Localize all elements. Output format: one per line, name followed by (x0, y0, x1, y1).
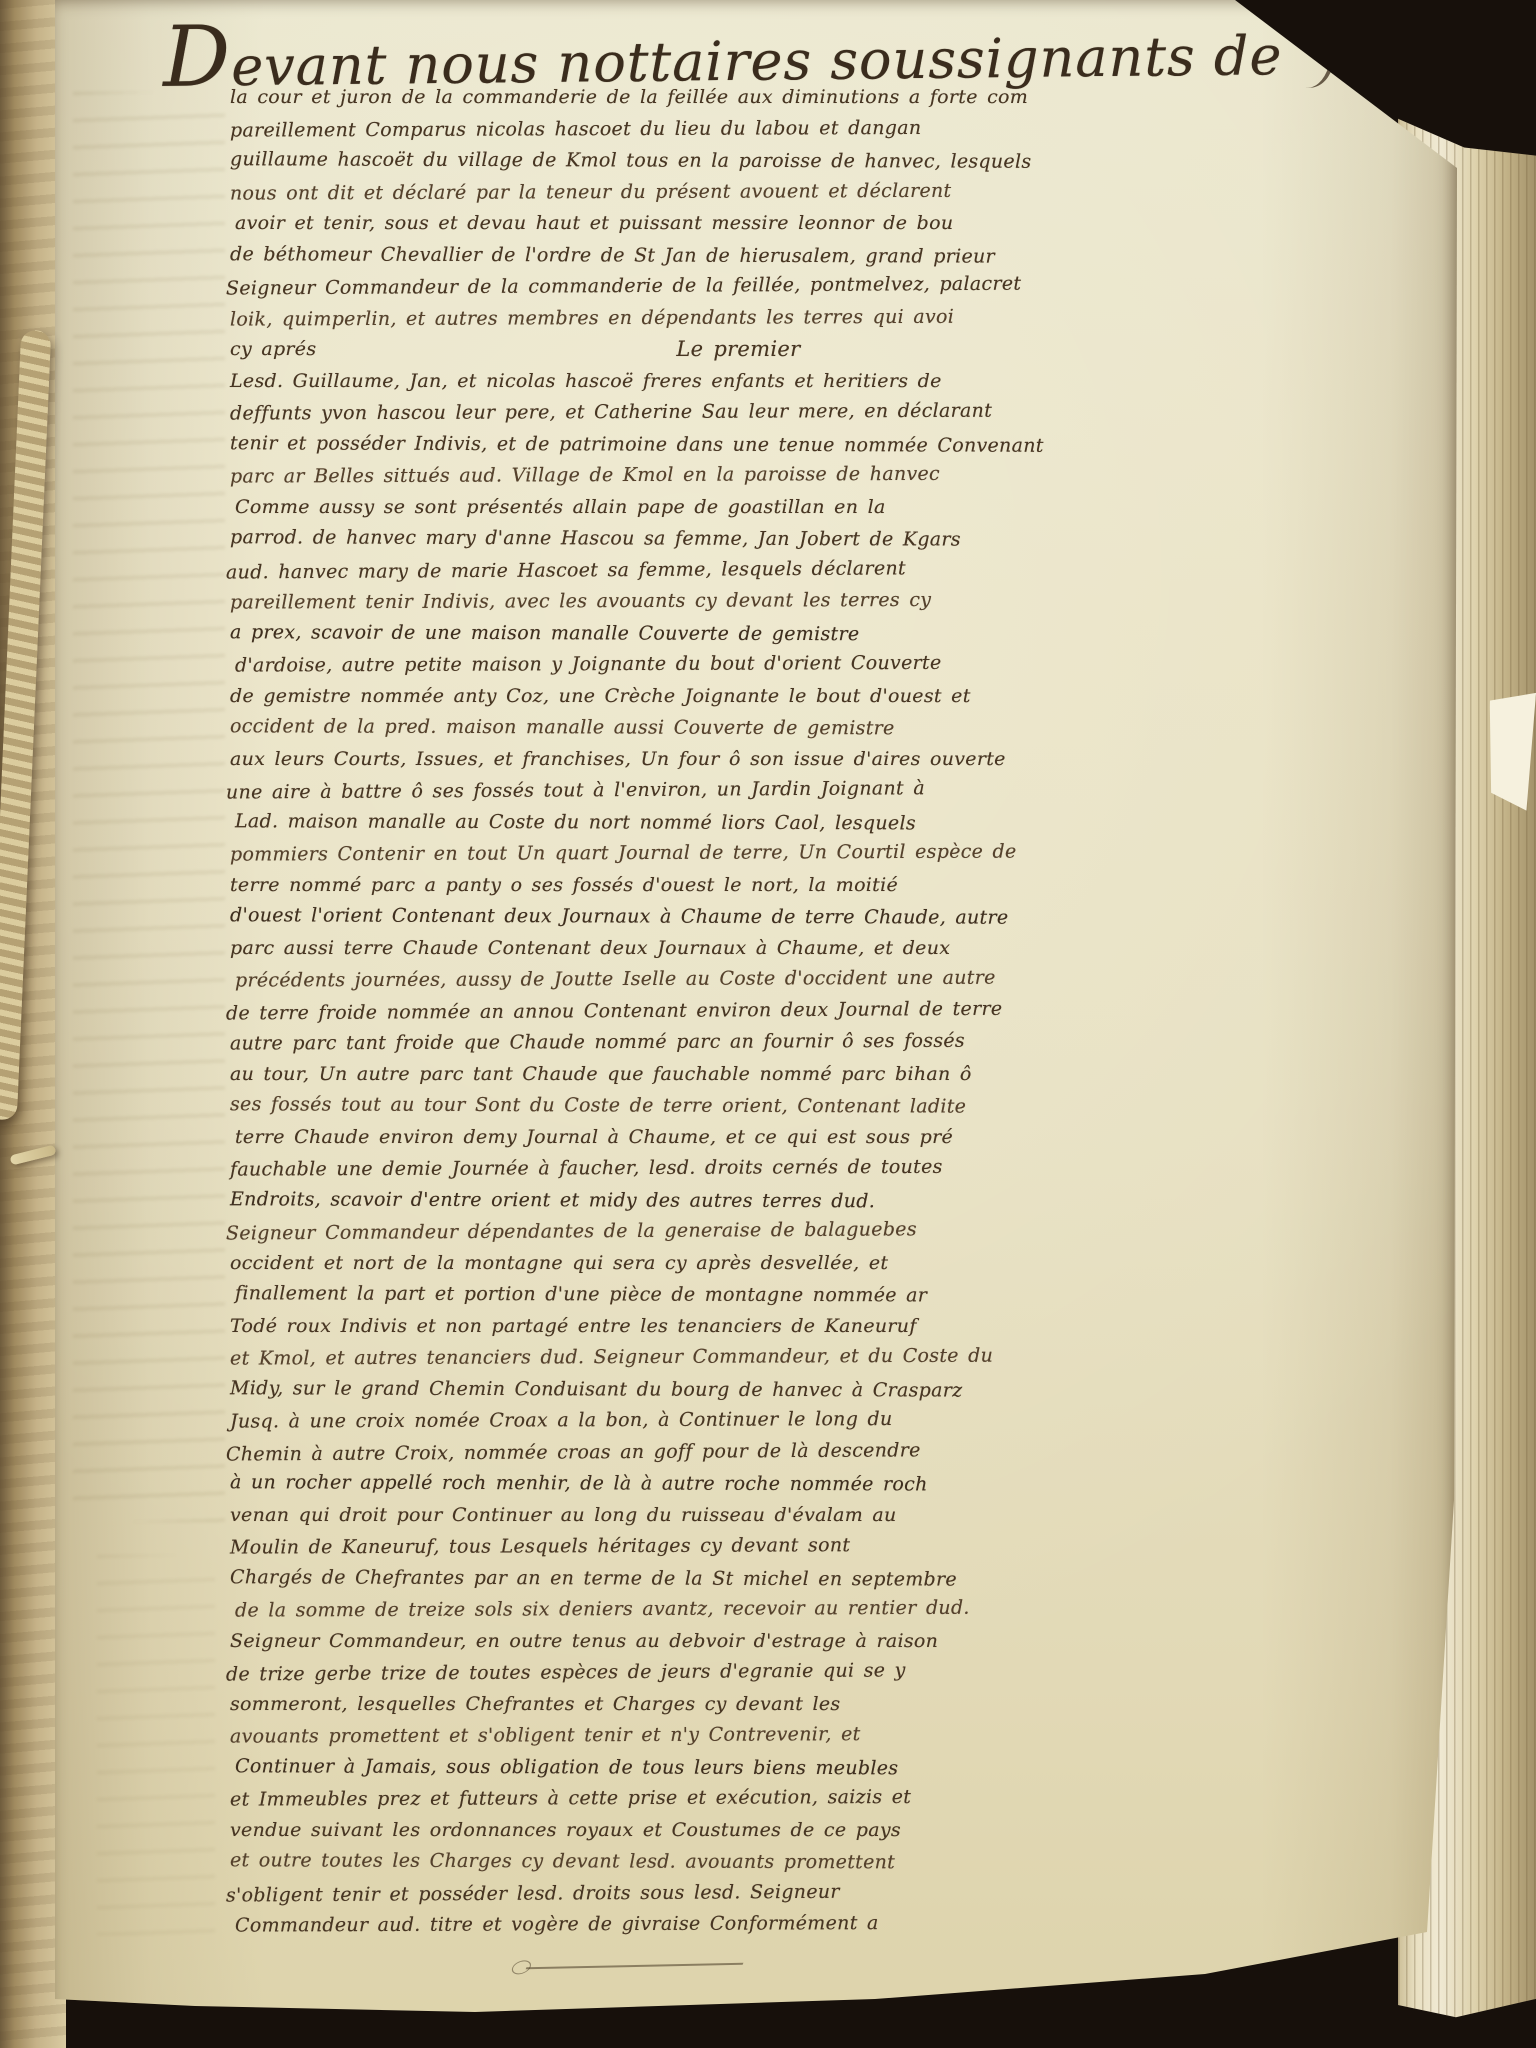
manuscript-line: occident et nort de la montagne qui sera… (230, 1248, 1040, 1280)
paraph-flourish (526, 1948, 750, 1968)
manuscript-line: parc ar Belles sittués aud. Village de K… (230, 458, 1040, 493)
manuscript-line: de terre froide nommée an annou Contenan… (226, 993, 1040, 1029)
manuscript-line: s'obligent tenir et posséder lesd. droit… (226, 1875, 1040, 1911)
paragraph-preamble: la cour et juron de la commanderie de la… (230, 82, 1040, 334)
manuscript-line: de la somme de treize sols six deniers a… (235, 1592, 1040, 1627)
manuscript-line: ses fossés tout au tour Sont du Coste de… (230, 1089, 1040, 1123)
manuscript-line: Continuer à Jamais, sous obligation de t… (235, 1751, 1040, 1785)
text-block: la cour et juron de la commanderie de la… (230, 82, 1040, 1967)
manuscript-line: avoir et tenir, sous et devau haut et pu… (235, 208, 1040, 240)
manuscript-line: Jusq. à une croix nomée Croax a la bon, … (230, 1403, 1040, 1438)
manuscript-line: guillaume hascoët du village de Kmol tou… (230, 144, 1040, 178)
manuscript-line: vendue suivant les ordonnances royaux et… (230, 1815, 1040, 1847)
manuscript-line: Commandeur aud. titre et vogère de givra… (235, 1907, 1040, 1942)
manuscript-line: sommeront, lesquelles Chefrantes et Char… (230, 1689, 1040, 1721)
manuscript-line: Chemin à autre Croix, nommée croas an go… (226, 1434, 1040, 1470)
manuscript-line: pareillement Comparus nicolas hascoet du… (230, 112, 1040, 147)
manuscript-line: tenir et posséder Indivis, et de patrimo… (230, 428, 1040, 462)
manuscript-line: Endroits, scavoir d'entre orient et midy… (230, 1184, 1040, 1218)
manuscript-line: nous ont dit et déclaré par la teneur du… (230, 175, 1040, 210)
manuscript-line: aud. hanvec mary de marie Hascoet sa fem… (226, 552, 1040, 588)
manuscript-line: de trize gerbe trize de toutes espèces d… (226, 1655, 1040, 1691)
bleed-through-text-lower (97, 1555, 215, 1935)
manuscript-line: autre parc tant froide que Chaude nommé … (230, 1025, 1040, 1060)
section-marker-row: cy aprés Le premier (230, 334, 1040, 366)
manuscript-line: avouants promettent et s'obligent tenir … (230, 1718, 1040, 1753)
manuscript-line: loik, quimperlin, et autres membres en d… (230, 301, 1040, 336)
photo-scene: Devant nous nottaires soussignants de la… (0, 0, 1536, 2048)
manuscript-line: Midy, sur le grand Chemin Conduisant du … (230, 1373, 1040, 1407)
manuscript-page: Devant nous nottaires soussignants de la… (55, 0, 1460, 2048)
marker-le-premier: Le premier (676, 334, 800, 366)
manuscript-line: Comme aussy se sont présentés allain pap… (235, 492, 1040, 524)
manuscript-line: deffunts yvon hascou leur pere, et Cathe… (230, 395, 1040, 430)
manuscript-line: Seigneur Commandeur, en outre tenus au d… (230, 1626, 1040, 1658)
manuscript-line: une aire à battre ô ses fossés tout à l'… (226, 773, 1040, 809)
manuscript-line: Chargés de Chefrantes par an en terme de… (230, 1562, 1040, 1596)
paragraph-declaration: Lesd. Guillaume, Jan, et nicolas hascoë … (230, 366, 1040, 1941)
manuscript-line: la cour et juron de la commanderie de la… (230, 82, 1040, 114)
manuscript-line: à un rocher appellé roch menhir, de là à… (230, 1467, 1040, 1501)
manuscript-line: et Immeubles prez et futteurs à cette pr… (230, 1781, 1040, 1816)
manuscript-line: finallement la part et portion d'une piè… (235, 1278, 1040, 1312)
marker-cy-apres: cy aprés (230, 334, 316, 366)
manuscript-line: occident de la pred. maison manalle auss… (230, 711, 1040, 745)
manuscript-line: a prex, scavoir de une maison manalle Co… (230, 617, 1040, 651)
manuscript-line: de béthomeur Chevallier de l'ordre de St… (230, 239, 1040, 273)
manuscript-line: d'ouest l'orient Contenant deux Journaux… (230, 900, 1040, 934)
manuscript-line: et outre toutes les Charges cy devant le… (230, 1845, 1040, 1879)
manuscript-line: de gemistre nommée anty Coz, une Crèche … (230, 681, 1040, 713)
manuscript-line: au tour, Un autre parc tant Chaude que f… (230, 1059, 1040, 1091)
manuscript-line: pareillement tenir Indivis, avec les avo… (230, 584, 1040, 619)
manuscript-line: Seigneur Commandeur de la commanderie de… (226, 269, 1040, 305)
manuscript-line: parc aussi terre Chaude Contenant deux J… (230, 933, 1040, 965)
manuscript-line: et Kmol, et autres tenanciers dud. Seign… (230, 1340, 1040, 1375)
manuscript-line: Todé roux Indivis et non partagé entre l… (230, 1311, 1040, 1343)
manuscript-line: d'ardoise, autre petite maison y Joignan… (235, 647, 1040, 682)
manuscript-line: parrod. de hanvec mary d'anne Hascou sa … (230, 522, 1040, 556)
manuscript-line: aux leurs Courts, Issues, et franchises,… (230, 744, 1040, 776)
manuscript-line: Moulin de Kaneuruf, tous Lesquels hérita… (230, 1529, 1040, 1564)
manuscript-line: terre nommé parc a panty o ses fossés d'… (230, 870, 1040, 902)
manuscript-line: Seigneur Commandeur dépendantes de la ge… (226, 1214, 1040, 1250)
manuscript-line: pommiers Contenir en tout Un quart Journ… (230, 836, 1040, 871)
manuscript-line: précédents journées, aussy de Joutte Ise… (235, 962, 1040, 997)
bleed-through-text-upper (73, 92, 225, 1522)
manuscript-line: terre Chaude environ demy Journal à Chau… (235, 1122, 1040, 1154)
manuscript-line: Lad. maison manalle au Coste du nort nom… (235, 806, 1040, 840)
manuscript-line: venan qui droit pour Continuer au long d… (230, 1500, 1040, 1532)
manuscript-line: Lesd. Guillaume, Jan, et nicolas hascoë … (230, 366, 1040, 398)
manuscript-line: fauchable une demie Journée à faucher, l… (230, 1151, 1040, 1186)
